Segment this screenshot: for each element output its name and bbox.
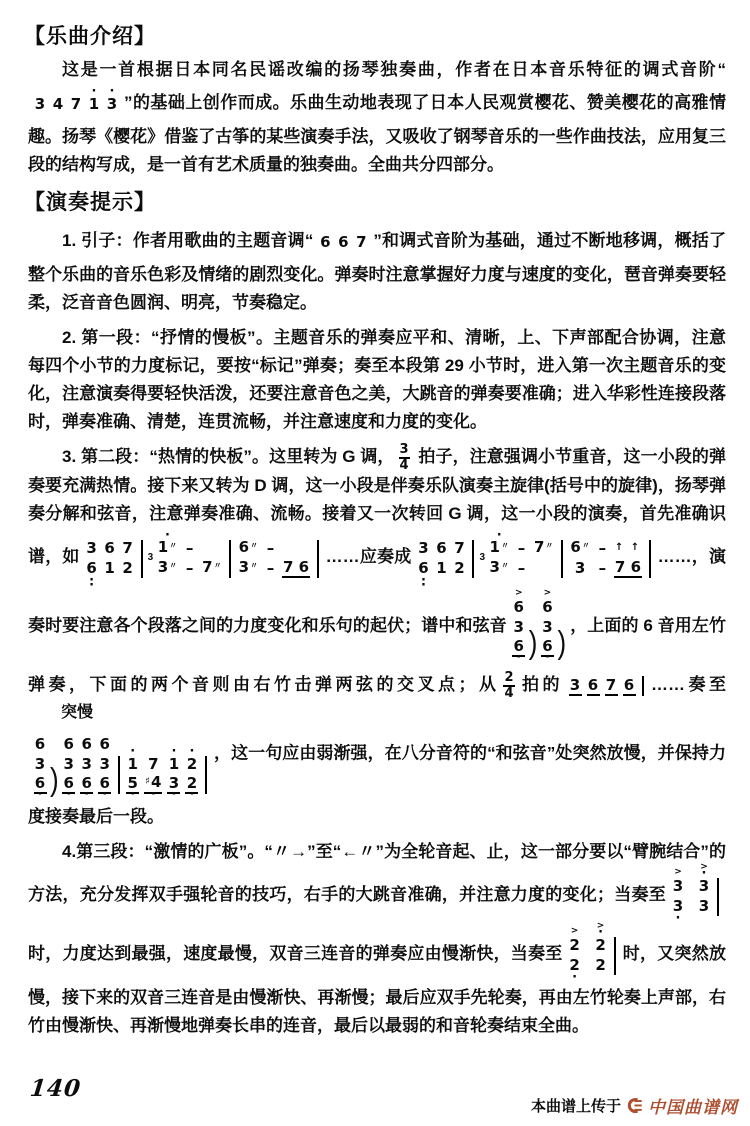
note-column: ·3: [106, 94, 119, 114]
note-marks-above: ·: [497, 533, 502, 538]
jianpu-note: 6: [337, 232, 350, 252]
site-name: 中国曲谱网: [648, 1093, 738, 1118]
octave-dot-below: ·: [84, 792, 89, 797]
jianpu-note: 7 6: [282, 558, 310, 578]
barline: [649, 540, 651, 578]
barline: [118, 756, 120, 794]
note-number: 1: [436, 554, 446, 582]
accent-mark: >: [571, 927, 579, 935]
note-number: 7 6: [283, 553, 309, 581]
jianpu-note: 7: [355, 232, 368, 252]
octave-dots-below: ·: [38, 792, 43, 797]
time-signature: 24: [503, 671, 514, 700]
note-column: >22·: [568, 935, 581, 975]
octave-dot-above: ·: [110, 89, 115, 94]
note-column: 7♯4·: [144, 754, 162, 794]
jianpu-note: 7〃: [201, 558, 222, 578]
page-number: 140: [29, 1075, 83, 1102]
barline: [205, 756, 207, 794]
text-run: 拍的: [519, 675, 564, 694]
note-column: 6: [623, 676, 636, 696]
octave-dot-above: ·: [497, 533, 502, 538]
note-number: 3: [699, 892, 709, 920]
note-number: 3〃: [158, 553, 177, 584]
note-number: 7: [71, 90, 81, 118]
upload-note: 本曲谱上传于: [531, 1095, 621, 1116]
jianpu-note: 3·: [672, 896, 685, 916]
note-column: >·33: [698, 876, 711, 916]
note-marks-above: >·: [597, 922, 605, 935]
octave-dot-below: ·: [89, 583, 94, 588]
note-column: 636·: [98, 734, 111, 794]
barline: [717, 878, 719, 916]
octave-dot-above: ·: [598, 930, 603, 935]
note-number: –: [599, 554, 607, 582]
note-column: 6〃3〃: [238, 538, 259, 578]
note-number: 6: [624, 671, 634, 699]
octave-dot-below: ·: [102, 792, 107, 797]
jianpu-note: 6·: [98, 774, 111, 794]
chord-paren: ): [50, 763, 59, 796]
octave-dots-below: ·: [189, 792, 194, 797]
jianpu-note: 3·: [167, 774, 180, 794]
tremolo-mark: 〃: [250, 541, 258, 550]
jianpu-note: –: [264, 558, 277, 578]
section-heading: 【乐曲介绍】: [24, 20, 726, 50]
jianpu-note: 7: [605, 676, 618, 696]
notation-row: >33·>·33: [669, 866, 723, 925]
note-number: 6: [320, 228, 330, 256]
jianpu-note: 6·: [62, 774, 75, 794]
note-column: ––: [515, 538, 528, 578]
octave-dot-below: ·: [545, 655, 550, 660]
note-number: 3〃: [239, 553, 258, 584]
tremolo-mark: 〃: [545, 541, 553, 550]
note-column: 7: [70, 94, 83, 114]
note-number: 3: [35, 90, 45, 118]
note-column: >33·: [672, 876, 685, 916]
octave-dots-below: ·: [151, 792, 156, 797]
note-number: 7〃: [202, 553, 221, 584]
jianpu-note: ♯4·: [144, 774, 162, 794]
note-number: 3〃: [490, 553, 509, 584]
paragraph: 2. 第一段：“抒情的慢板”。主题音乐的弹奏应平和、清晰，上、下声部配合协调，注…: [28, 324, 726, 436]
note-number: 1: [104, 554, 114, 582]
tempo-marking: 突慢: [61, 705, 93, 721]
note-column: 636·: [62, 734, 75, 794]
text-run: 4.第三段：“激情的广板”。“〃→”至“←〃”为全轮音起、止，这一部分要以“臂腕…: [28, 842, 726, 904]
note-column: 7 6: [282, 538, 310, 578]
note-number: –: [186, 554, 194, 582]
tremolo-mark: 〃: [501, 561, 509, 570]
note-column: 636·: [80, 734, 93, 794]
octave-dot-above: ·: [130, 749, 135, 754]
jianpu-notation: 突慢636·)636·636·636··15·7♯4··13··22·: [31, 705, 211, 803]
note-number: 6: [588, 671, 598, 699]
jianpu-note: 2: [121, 558, 134, 578]
text-run: 时，力度达到最强，速度最慢，双音三连音的弹奏应由慢渐快，当奏至: [28, 944, 563, 963]
barline: [229, 540, 231, 578]
jianpu-note: [537, 558, 550, 578]
octave-dot-below: ·: [66, 792, 71, 797]
note-column: ––: [264, 538, 277, 578]
note-column: 72: [453, 538, 466, 578]
note-column: >636·: [512, 597, 525, 657]
barline: [642, 676, 644, 696]
octave-dots-below: ·: [572, 975, 577, 980]
note-column: >636·: [541, 597, 554, 657]
jianpu-note: 7: [70, 94, 83, 114]
note-number: 7: [356, 228, 366, 256]
note-column: 7〃: [201, 538, 222, 578]
note-column: 636·: [34, 734, 47, 794]
note-column: 7〃: [533, 538, 554, 578]
note-number: –: [267, 554, 275, 582]
jianpu-notation: 3676: [566, 666, 648, 705]
paragraph: 3. 第二段：“热情的快板”。这里转为 G 调，34 拍子，注意强调小节重音，这…: [28, 443, 726, 831]
octave-dot-below: ·: [130, 792, 135, 797]
note-column: 6: [337, 232, 350, 252]
notation-row: 667: [316, 222, 370, 261]
jianpu-notation: 347·1·3: [31, 84, 121, 123]
note-marks-above: ·: [110, 89, 115, 94]
jianpu-note: 6··: [85, 558, 98, 578]
paragraph: 这是一首根据日本同名民谣改编的扬琴独奏曲，作者在日本音乐特征的调式音阶“347·…: [28, 56, 726, 179]
text-run: 这是一首根据日本同名民谣改编的扬琴独奏曲，作者在日本音乐特征的调式音阶“: [62, 60, 726, 79]
note-number: 6: [338, 228, 348, 256]
note-column: ––: [183, 538, 196, 578]
tremolo-mark: 〃: [169, 561, 177, 570]
section-performance-tips: 【演奏提示】 1. 引子：作者用歌曲的主题音调“667”和调式音阶为基础，通过不…: [28, 186, 726, 1040]
octave-dot-below: ·: [171, 792, 176, 797]
note-column: 72: [121, 538, 134, 578]
time-sig-denominator: 4: [503, 685, 514, 701]
notation-row: 636·)636·636·636··15·7♯4··13··22·: [31, 724, 211, 803]
jianpu-note: 2·: [568, 955, 581, 975]
chord-prefix: 3: [479, 544, 485, 572]
notation-row: >636·)>636·): [510, 587, 567, 666]
jianpu-note: 4: [52, 94, 65, 114]
octave-dot-below: ·: [151, 792, 156, 797]
site-credit: 本曲谱上传于 中国曲谱网: [531, 1093, 738, 1118]
jianpu-note: 3: [574, 558, 587, 578]
notation-row: 3676: [566, 666, 648, 705]
note-column: >·22: [594, 935, 607, 975]
octave-dot-above: ·: [171, 749, 176, 754]
notation-row: 36··61723·1〃3〃––7〃 6〃3––↑ ↑7 6: [414, 528, 654, 587]
jianpu-note: 2: [594, 955, 607, 975]
jianpu-note: 6: [587, 676, 600, 696]
note-column: 36··: [85, 538, 98, 578]
note-column: ·15·: [126, 754, 139, 794]
paragraph: 4.第三段：“激情的广板”。“〃→”至“←〃”为全轮音起、止，这一部分要以“臂腕…: [28, 838, 726, 1040]
accent-mark: >: [544, 589, 552, 597]
jianpu-note: –: [596, 558, 609, 578]
time-sig-denominator: 4: [399, 457, 410, 473]
time-sig-numerator: 3: [400, 443, 409, 457]
note-column: 4: [52, 94, 65, 114]
jianpu-note: 3: [569, 676, 582, 696]
text-run: ……奏至: [651, 675, 726, 694]
jianpu-note: 3: [34, 94, 47, 114]
note-column: ––: [596, 538, 609, 578]
jianpu-note: 6: [319, 232, 332, 252]
note-marks-above: >: [515, 589, 523, 597]
note-column: ·1〃3〃: [157, 538, 178, 578]
jianpu-note: ·1: [88, 94, 101, 114]
jianpu-note: 1: [435, 558, 448, 578]
jianpu-note: 3〃: [157, 558, 178, 578]
note-column: ·1〃3〃: [489, 538, 510, 578]
note-column: 61: [103, 538, 116, 578]
jianpu-note: –: [183, 558, 196, 578]
jianpu-note: 7 6: [614, 558, 642, 578]
text-run: ”的基础上创作而成。乐曲生动地表现了日本人民观赏樱花、赞美樱花的高雅情趣。扬琴《…: [28, 93, 726, 174]
jianpu-note: 5·: [126, 774, 139, 794]
jianpu-note: 6·: [512, 637, 525, 657]
chord-paren: ): [529, 626, 538, 659]
note-column: ·1: [88, 94, 101, 114]
note-column: ·13·: [167, 754, 180, 794]
barline: [141, 540, 143, 578]
paragraph: 1. 引子：作者用歌曲的主题音调“667”和调式音阶为基础，通过不断地移调，概括…: [28, 222, 726, 317]
note-number: 4: [53, 90, 63, 118]
jianpu-notation: 36··61723·1〃3〃––7〃 6〃3––↑ ↑7 6: [414, 528, 654, 587]
octave-dots-below: ·: [676, 916, 681, 921]
jianpu-notation: >33·>·33: [669, 866, 723, 925]
jianpu-note: 1: [103, 558, 116, 578]
note-number: 2: [454, 554, 464, 582]
note-marks-above: ·: [92, 89, 97, 94]
tremolo-mark: 〃: [250, 561, 258, 570]
octave-dot-below: ·: [189, 792, 194, 797]
jianpu-note: ·3: [106, 94, 119, 114]
jianpu-note: 2: [453, 558, 466, 578]
note-number: 3: [575, 554, 585, 582]
barline: [614, 937, 616, 975]
time-signature: 34: [399, 443, 410, 472]
notation-row: >22·>·22: [566, 925, 620, 984]
note-column: ·22·: [185, 754, 198, 794]
octave-dot-above: ·: [92, 89, 97, 94]
note-marks-above: >: [571, 927, 579, 935]
tremolo-mark: 〃: [582, 541, 590, 550]
octave-dots-below: ·: [516, 655, 521, 660]
time-sig-numerator: 2: [504, 671, 513, 685]
jianpu-note: 3: [698, 896, 711, 916]
barline: [561, 540, 563, 578]
tremolo-mark: 〃: [169, 541, 177, 550]
jianpu-notation: >636·)>636·): [510, 587, 567, 666]
note-number: 7: [606, 671, 616, 699]
octave-dot-above: ·: [702, 871, 707, 876]
note-column: 61: [435, 538, 448, 578]
note-column: 6: [319, 232, 332, 252]
note-marks-above: ·: [130, 749, 135, 754]
note-marks-above: ·: [165, 533, 170, 538]
octave-dots-below: ·: [84, 792, 89, 797]
octave-dots-below: ·: [130, 792, 135, 797]
note-marks-above: >: [674, 868, 682, 876]
accent-mark: >: [674, 868, 682, 876]
note-number: 2: [595, 951, 605, 979]
note-column: 3: [34, 94, 47, 114]
note-column: 36··: [417, 538, 430, 578]
octave-dots-below: ·: [545, 655, 550, 660]
jianpu-note: 6·: [34, 774, 47, 794]
section-body: 1. 引子：作者用歌曲的主题音调“667”和调式音阶为基础，通过不断地移调，概括…: [28, 222, 726, 1040]
note-marks-above: ·: [171, 749, 176, 754]
octave-dots-below: ··: [89, 578, 94, 588]
note-marks-above: >·: [700, 863, 708, 876]
jianpu-notation: 667: [316, 222, 370, 261]
octave-dots-below: ·: [66, 792, 71, 797]
document-page: 【乐曲介绍】 这是一首根据日本同名民谣改编的扬琴独奏曲，作者在日本音乐特征的调式…: [0, 0, 750, 1126]
note-number: 3: [570, 671, 580, 699]
section-body: 这是一首根据日本同名民谣改编的扬琴独奏曲，作者在日本音乐特征的调式音阶“347·…: [28, 56, 726, 179]
note-column: 3: [569, 676, 582, 696]
note-marks-above: >: [544, 589, 552, 597]
note-column: 7: [355, 232, 368, 252]
jianpu-note: 6·: [80, 774, 93, 794]
sharp-sign: ♯: [145, 776, 150, 787]
text-run: 3. 第二段：“热情的快板”。这里转为 G 调，: [62, 447, 395, 466]
jianpu-note: 6··: [417, 558, 430, 578]
text-run: 1. 引子：作者用歌曲的主题音调“: [62, 231, 313, 250]
octave-dot-above: ·: [165, 533, 170, 538]
jianpu-note: 6: [623, 676, 636, 696]
jianpu-note: 3〃: [238, 558, 259, 578]
note-number: [541, 554, 546, 582]
note-number: 7 6: [615, 553, 641, 581]
tremolo-mark: 〃: [214, 561, 222, 570]
octave-dot-below: ·: [572, 975, 577, 980]
accent-mark: >: [515, 589, 523, 597]
octave-dots-below: ·: [102, 792, 107, 797]
jianpu-notation: 36··61723·1〃3〃–– 7〃6〃3〃–– 7 6: [83, 528, 323, 587]
octave-dot-below: ·: [676, 916, 681, 921]
jianpu-note: 3〃: [489, 558, 510, 578]
barline: [317, 540, 319, 578]
section-heading: 【演奏提示】: [24, 186, 726, 216]
note-column: 7: [605, 676, 618, 696]
chord-paren: ): [557, 626, 566, 659]
octave-dot-below: ·: [421, 583, 426, 588]
jianpu-note: 6·: [541, 637, 554, 657]
octave-dot-below: ·: [516, 655, 521, 660]
octave-dot-above: ·: [189, 749, 194, 754]
site-logo-icon: [626, 1097, 643, 1114]
jianpu-note: 2·: [185, 774, 198, 794]
chord-prefix: 3: [148, 544, 154, 572]
section-music-intro: 【乐曲介绍】 这是一首根据日本同名民谣改编的扬琴独奏曲，作者在日本音乐特征的调式…: [28, 20, 726, 179]
octave-dots-below: ·: [171, 792, 176, 797]
note-column: ↑ ↑7 6: [614, 538, 642, 578]
note-number: 2: [122, 554, 132, 582]
notation-row: 347·1·3: [31, 84, 121, 123]
octave-dots-below: ··: [421, 578, 426, 588]
octave-dot-below: ·: [38, 792, 43, 797]
text-run: ……应奏成: [326, 547, 412, 566]
note-marks-above: ·: [189, 749, 194, 754]
notation-row: 36··61723·1〃3〃–– 7〃6〃3〃–– 7 6: [83, 528, 323, 587]
note-column: 6: [587, 676, 600, 696]
text-run: 2. 第一段：“抒情的慢板”。主题音乐的弹奏应平和、清晰，上、下声部配合协调，注…: [28, 328, 726, 431]
note-column: 6〃3: [569, 538, 590, 578]
jianpu-note: –: [515, 558, 528, 578]
barline: [472, 540, 474, 578]
jianpu-notation: >22·>·22: [566, 925, 620, 984]
tremolo-mark: 〃: [501, 541, 509, 550]
note-number: –: [518, 554, 526, 582]
